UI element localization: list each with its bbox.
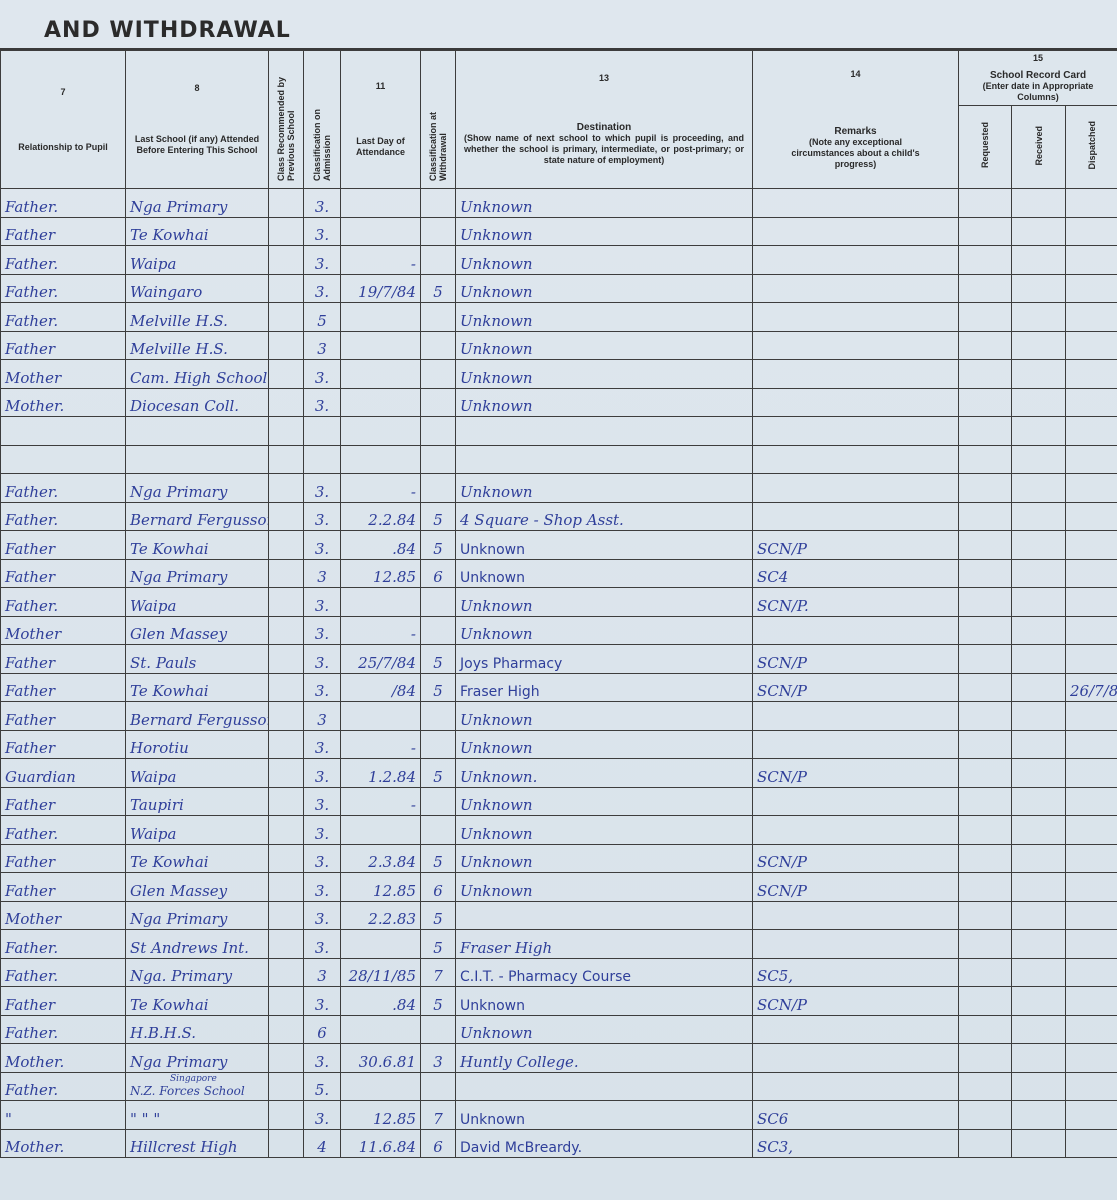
classification-admission-cell: 3. [304,189,341,218]
last-day-cell [341,1072,421,1101]
classification-admission-cell: 3. [304,873,341,902]
last-school-cell: Waipa [126,816,269,845]
last-school-cell: Nga Primary [126,189,269,218]
remarks-cell [753,217,959,246]
classification-withdrawal-cell [421,388,456,417]
classification-admission-cell: 3. [304,759,341,788]
header-last-school: 8 Last School (if any) Attended Before E… [126,51,269,189]
dispatched-cell [1066,759,1117,788]
last-day-cell [341,445,421,474]
class-recommended-cell [269,303,304,332]
table-row: Father.Waingaro3.19/7/845Unknown [1,274,1117,303]
remarks-cell [753,274,959,303]
last-school-cell: St Andrews Int. [126,930,269,959]
dispatched-cell [1066,331,1117,360]
dispatched-cell [1066,645,1117,674]
relationship-cell: Father [1,987,126,1016]
relationship-cell: Father. [1,816,126,845]
class-recommended-cell [269,873,304,902]
received-cell [1012,360,1066,389]
received-cell [1012,873,1066,902]
header-remarks: 14 Remarks (Note any exceptional circums… [753,51,959,189]
remarks-cell: SC3, [753,1129,959,1158]
requested-cell [959,930,1012,959]
table-row: Father.Bernard Fergusson3.2.2.8454 Squar… [1,502,1117,531]
header-last-day-attendance: 11 Last Day of Attendance [341,51,421,189]
received-cell [1012,787,1066,816]
table-row: Mother.Hillcrest High411.6.846David McBr… [1,1129,1117,1158]
last-day-cell [341,816,421,845]
class-recommended-cell [269,901,304,930]
class-recommended-cell [269,531,304,560]
destination-cell: Huntly College. [456,1044,753,1073]
classification-admission-cell: 6 [304,1015,341,1044]
class-recommended-cell [269,388,304,417]
table-row: MotherGlen Massey3.-Unknown [1,616,1117,645]
class-recommended-cell [269,730,304,759]
received-cell [1012,331,1066,360]
last-day-cell: 2.2.84 [341,502,421,531]
requested-cell [959,901,1012,930]
received-cell [1012,1101,1066,1130]
last-day-cell: 28/11/85 [341,958,421,987]
classification-admission-cell: 3. [304,616,341,645]
remarks-cell [753,445,959,474]
table-row: Father.Waipa3.UnknownSCN/P. [1,588,1117,617]
remarks-cell: SCN/P [753,759,959,788]
classification-admission-cell: 3 [304,559,341,588]
last-school-cell: Bernard Fergusson [126,702,269,731]
destination-cell: Unknown [456,787,753,816]
last-school-cell [126,417,269,446]
remarks-cell [753,616,959,645]
table-row: Father.Nga Primary3.Unknown [1,189,1117,218]
relationship-cell: Father. [1,303,126,332]
classification-withdrawal-cell [421,787,456,816]
requested-cell [959,787,1012,816]
dispatched-cell [1066,1101,1117,1130]
classification-admission-cell: 5. [304,1072,341,1101]
school-name: N.Z. Forces School [130,1084,245,1098]
received-cell [1012,417,1066,446]
destination-cell: Joys Pharmacy [456,645,753,674]
destination-cell: Unknown [456,246,753,275]
dispatched-cell [1066,930,1117,959]
destination-cell: Unknown [456,1015,753,1044]
class-recommended-cell [269,1044,304,1073]
table-row: FatherSt. Pauls3.25/7/845Joys PharmacySC… [1,645,1117,674]
classification-withdrawal-cell: 6 [421,1129,456,1158]
dispatched-cell [1066,873,1117,902]
relationship-cell: Mother [1,616,126,645]
requested-cell [959,331,1012,360]
last-school-cell: Hillcrest High [126,1129,269,1158]
table-row: FatherTaupiri3.-Unknown [1,787,1117,816]
remarks-cell [753,388,959,417]
requested-cell [959,388,1012,417]
remarks-cell [753,246,959,275]
table-row: MotherNga Primary3.2.2.835 [1,901,1117,930]
table-row: Mother.Nga Primary3.30.6.813Huntly Colle… [1,1044,1117,1073]
table-row: FatherTe Kowhai3..845UnknownSCN/P [1,531,1117,560]
classification-withdrawal-cell [421,1015,456,1044]
requested-cell [959,189,1012,218]
last-day-cell: 12.85 [341,873,421,902]
last-day-cell: 12.85 [341,1101,421,1130]
last-day-cell [341,388,421,417]
dispatched-cell [1066,217,1117,246]
classification-admission-cell: 3. [304,531,341,560]
classification-withdrawal-cell [421,246,456,275]
relationship-cell [1,417,126,446]
table-row: Father.St Andrews Int.3.5Fraser High [1,930,1117,959]
requested-cell [959,1101,1012,1130]
last-school-cell: Te Kowhai [126,217,269,246]
classification-withdrawal-cell [421,360,456,389]
classification-withdrawal-cell [421,616,456,645]
last-school-cell: Nga Primary [126,901,269,930]
relationship-cell: Father. [1,1072,126,1101]
table-row: MotherCam. High School3.Unknown [1,360,1117,389]
table-row: FatherMelville H.S.3Unknown [1,331,1117,360]
relationship-cell: Father [1,673,126,702]
requested-cell [959,303,1012,332]
relationship-cell: Father. [1,930,126,959]
requested-cell [959,1072,1012,1101]
remarks-cell: SCN/P. [753,588,959,617]
requested-cell [959,673,1012,702]
header-class-recommended: 9 Class Recommended by Previous School [269,51,304,189]
classification-withdrawal-cell [421,816,456,845]
requested-cell [959,502,1012,531]
requested-cell [959,474,1012,503]
last-day-cell [341,303,421,332]
class-recommended-cell [269,331,304,360]
class-recommended-cell [269,673,304,702]
header-destination: 13 Destination (Show name of next school… [456,51,753,189]
remarks-cell [753,417,959,446]
classification-withdrawal-cell [421,417,456,446]
last-school-cell: Waipa [126,246,269,275]
classification-admission-cell: 3. [304,787,341,816]
destination-cell: Unknown [456,360,753,389]
class-recommended-cell [269,844,304,873]
last-school-cell: Nga Primary [126,559,269,588]
destination-cell: Unknown [456,559,753,588]
requested-cell [959,958,1012,987]
school-annotation: Singapore [170,1075,264,1083]
relationship-cell: Father. [1,246,126,275]
table-row: Father.Melville H.S.5Unknown [1,303,1117,332]
class-recommended-cell [269,417,304,446]
destination-cell: Unknown [456,531,753,560]
remarks-cell [753,730,959,759]
classification-admission-cell [304,445,341,474]
destination-cell: Unknown. [456,759,753,788]
destination-cell: Unknown [456,588,753,617]
dispatched-cell [1066,702,1117,731]
destination-cell: Unknown [456,189,753,218]
remarks-cell: SCN/P [753,645,959,674]
classification-admission-cell: 3. [304,274,341,303]
received-cell [1012,816,1066,845]
dispatched-cell [1066,844,1117,873]
class-recommended-cell [269,502,304,531]
classification-withdrawal-cell: 6 [421,559,456,588]
destination-cell: Unknown [456,1101,753,1130]
table-row: FatherTe Kowhai3.Unknown [1,217,1117,246]
table-row [1,445,1117,474]
last-day-cell [341,930,421,959]
remarks-cell [753,816,959,845]
destination-cell [456,445,753,474]
destination-cell: Unknown [456,987,753,1016]
requested-cell [959,702,1012,731]
last-day-cell [341,189,421,218]
last-day-cell: - [341,474,421,503]
last-school-cell: Glen Massey [126,873,269,902]
relationship-cell: Father [1,873,126,902]
destination-cell: Unknown [456,873,753,902]
requested-cell [959,360,1012,389]
received-cell [1012,987,1066,1016]
requested-cell [959,531,1012,560]
dispatched-cell [1066,1072,1117,1101]
last-day-cell: 2.2.83 [341,901,421,930]
table-row: Mother.Diocesan Coll.3.Unknown [1,388,1117,417]
header-dispatched: Dispatched [1066,106,1117,189]
destination-cell: David McBreardy. [456,1129,753,1158]
last-school-cell: Waipa [126,588,269,617]
table-row: FatherNga Primary312.856UnknownSC4 [1,559,1117,588]
relationship-cell: Mother. [1,388,126,417]
last-day-cell: 30.6.81 [341,1044,421,1073]
relationship-cell: Father [1,331,126,360]
classification-withdrawal-cell: 6 [421,873,456,902]
dispatched-cell [1066,303,1117,332]
classification-admission-cell: 3. [304,844,341,873]
dispatched-cell [1066,246,1117,275]
last-day-cell: 11.6.84 [341,1129,421,1158]
destination-cell: Unknown [456,844,753,873]
classification-withdrawal-cell: 5 [421,274,456,303]
classification-withdrawal-cell: 5 [421,531,456,560]
classification-admission-cell: 3. [304,588,341,617]
dispatched-cell [1066,616,1117,645]
classification-withdrawal-cell: 5 [421,930,456,959]
classification-withdrawal-cell [421,474,456,503]
classification-admission-cell: 3. [304,645,341,674]
remarks-cell: SCN/P [753,531,959,560]
received-cell [1012,531,1066,560]
classification-admission-cell [304,417,341,446]
classification-withdrawal-cell: 5 [421,502,456,531]
requested-cell [959,1015,1012,1044]
last-day-cell [341,588,421,617]
classification-withdrawal-cell [421,217,456,246]
relationship-cell: " [1,1101,126,1130]
class-recommended-cell [269,645,304,674]
remarks-cell: SCN/P [753,673,959,702]
received-cell [1012,844,1066,873]
remarks-cell [753,901,959,930]
classification-admission-cell: 5 [304,303,341,332]
last-day-cell: 25/7/84 [341,645,421,674]
classification-withdrawal-cell [421,303,456,332]
classification-admission-cell: 3 [304,702,341,731]
table-row: Father.Nga Primary3.-Unknown [1,474,1117,503]
last-school-cell: Taupiri [126,787,269,816]
classification-admission-cell: 3. [304,987,341,1016]
destination-cell: Unknown [456,331,753,360]
last-school-cell: Glen Massey [126,616,269,645]
dispatched-cell [1066,531,1117,560]
relationship-cell: Father. [1,588,126,617]
class-recommended-cell [269,1015,304,1044]
requested-cell [959,559,1012,588]
dispatched-cell [1066,189,1117,218]
last-school-cell: Nga Primary [126,474,269,503]
table-row: FatherBernard Fergusson3Unknown [1,702,1117,731]
classification-withdrawal-cell: 5 [421,673,456,702]
class-recommended-cell [269,787,304,816]
destination-cell: Unknown [456,217,753,246]
remarks-cell: SC6 [753,1101,959,1130]
classification-admission-cell: 3. [304,901,341,930]
dispatched-cell [1066,388,1117,417]
destination-cell: Unknown [456,274,753,303]
classification-admission-cell: 3. [304,730,341,759]
dispatched-cell [1066,588,1117,617]
remarks-cell [753,502,959,531]
classification-withdrawal-cell: 5 [421,844,456,873]
header-received: Received [1012,106,1066,189]
received-cell [1012,388,1066,417]
dispatched-cell [1066,1129,1117,1158]
destination-cell: C.I.T. - Pharmacy Course [456,958,753,987]
class-recommended-cell [269,616,304,645]
received-cell [1012,445,1066,474]
last-school-cell [126,445,269,474]
last-day-cell [341,331,421,360]
received-cell [1012,901,1066,930]
received-cell [1012,217,1066,246]
header-classification-withdrawal: 12 Classification at Withdrawal [421,51,456,189]
last-day-cell: /84 [341,673,421,702]
received-cell [1012,616,1066,645]
last-day-cell [341,702,421,731]
last-school-cell: Diocesan Coll. [126,388,269,417]
class-recommended-cell [269,360,304,389]
relationship-cell: Father [1,702,126,731]
dispatched-cell [1066,787,1117,816]
remarks-cell [753,1072,959,1101]
classification-admission-cell: 3. [304,360,341,389]
dispatched-cell [1066,901,1117,930]
remarks-cell [753,702,959,731]
class-recommended-cell [269,474,304,503]
destination-cell: Unknown [456,702,753,731]
requested-cell [959,730,1012,759]
classification-withdrawal-cell: 5 [421,987,456,1016]
requested-cell [959,588,1012,617]
table-row: GuardianWaipa3.1.2.845Unknown.SCN/P [1,759,1117,788]
dispatched-cell [1066,502,1117,531]
page-title: AND WITHDRAWAL [44,18,291,43]
last-school-cell: Melville H.S. [126,303,269,332]
relationship-cell: Mother [1,901,126,930]
received-cell [1012,645,1066,674]
relationship-cell: Father [1,730,126,759]
remarks-cell [753,1015,959,1044]
dispatched-cell [1066,274,1117,303]
table-row: FatherHorotiu3.-Unknown [1,730,1117,759]
dispatched-cell [1066,360,1117,389]
last-school-cell: St. Pauls [126,645,269,674]
received-cell [1012,588,1066,617]
classification-admission-cell: 3. [304,474,341,503]
remarks-cell [753,787,959,816]
remarks-cell: SCN/P [753,987,959,1016]
dispatched-cell: 26/7/84 [1066,673,1117,702]
remarks-cell: SC4 [753,559,959,588]
remarks-cell [753,189,959,218]
received-cell [1012,930,1066,959]
received-cell [1012,1072,1066,1101]
classification-withdrawal-cell [421,588,456,617]
last-school-cell: Melville H.S. [126,331,269,360]
last-day-cell: 12.85 [341,559,421,588]
dispatched-cell [1066,445,1117,474]
remarks-cell: SCN/P [753,873,959,902]
dispatched-cell [1066,958,1117,987]
remarks-cell [753,930,959,959]
class-recommended-cell [269,930,304,959]
destination-cell: Fraser High [456,930,753,959]
destination-cell [456,417,753,446]
remarks-cell [753,303,959,332]
relationship-cell: Father. [1,1015,126,1044]
table-row: Father.SingaporeN.Z. Forces School5. [1,1072,1117,1101]
table-row: Father.Waipa3.Unknown [1,816,1117,845]
received-cell [1012,474,1066,503]
last-school-cell: Cam. High School [126,360,269,389]
header-requested: Requested [959,106,1012,189]
requested-cell [959,616,1012,645]
classification-admission-cell: 3. [304,246,341,275]
dispatched-cell [1066,1044,1117,1073]
requested-cell [959,246,1012,275]
destination-cell: 4 Square - Shop Asst. [456,502,753,531]
relationship-cell: Father. [1,189,126,218]
requested-cell [959,816,1012,845]
destination-cell: Unknown [456,816,753,845]
relationship-cell: Father [1,787,126,816]
received-cell [1012,1129,1066,1158]
classification-admission-cell: 3. [304,816,341,845]
classification-withdrawal-cell: 7 [421,958,456,987]
remarks-cell [753,360,959,389]
last-school-cell: Nga. Primary [126,958,269,987]
requested-cell [959,417,1012,446]
register-body: Father.Nga Primary3.UnknownFatherTe Kowh… [1,189,1117,1158]
relationship-cell: Father [1,531,126,560]
remarks-cell [753,1044,959,1073]
requested-cell [959,445,1012,474]
class-recommended-cell [269,246,304,275]
received-cell [1012,303,1066,332]
received-cell [1012,759,1066,788]
